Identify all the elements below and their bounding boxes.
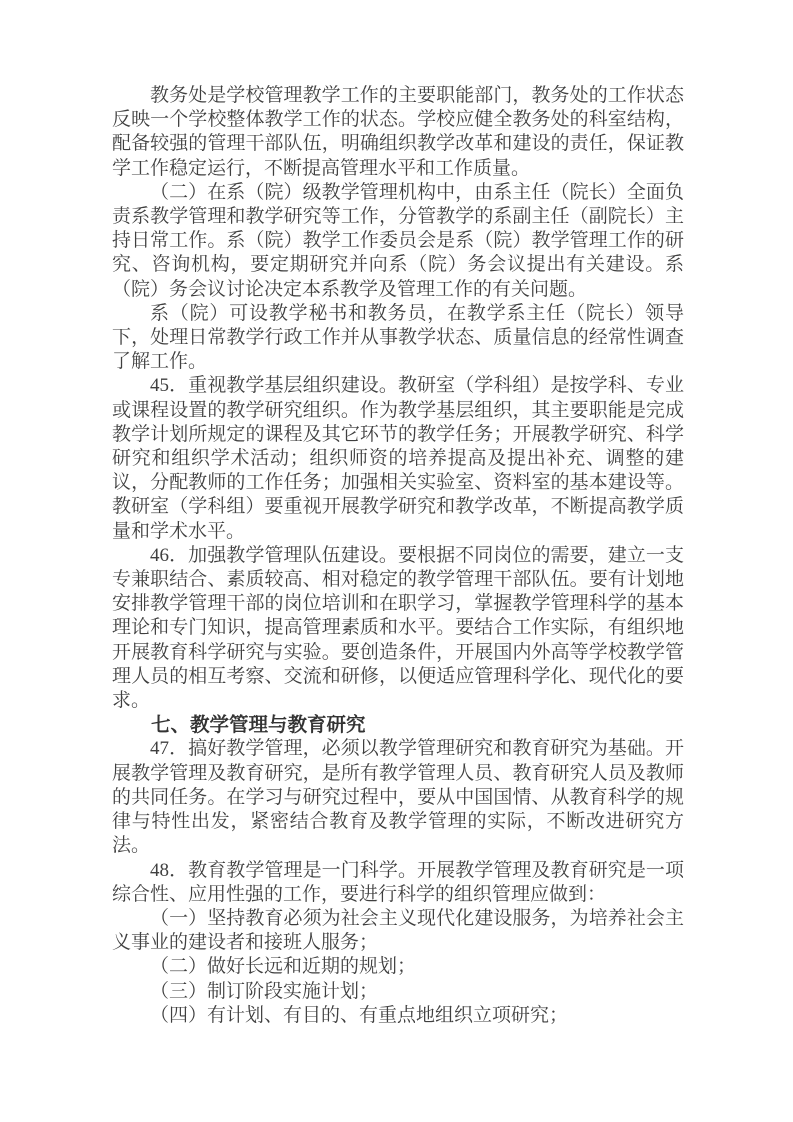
document-content: 教务处是学校管理教学工作的主要职能部门，教务处的工作状态反映一个学校整体教学工作…: [112, 84, 684, 1028]
paragraph: 45．重视教学基层组织建设。教研室（学科组）是按学科、专业或课程设置的教学研究组…: [112, 374, 684, 543]
paragraph: （一）坚持教育必须为社会主义现代化建设服务，为培养社会主义事业的建设者和接班人服…: [112, 907, 684, 955]
paragraph: 47．搞好教学管理，必须以教学管理研究和教育研究为基础。开展教学管理及教育研究，…: [112, 737, 684, 858]
paragraph: 48．教育教学管理是一门科学。开展教学管理及教育研究是一项综合性、应用性强的工作…: [112, 859, 684, 907]
paragraph: （二）在系（院）级教学管理机构中，由系主任（院长）全面负责系教学管理和教学研究等…: [112, 181, 684, 302]
paragraph: （二）做好长远和近期的规划；: [112, 955, 684, 979]
document-page: 教务处是学校管理教学工作的主要职能部门，教务处的工作状态反映一个学校整体教学工作…: [0, 0, 793, 1122]
section-heading: 七、教学管理与教育研究: [112, 713, 684, 737]
paragraph: 教务处是学校管理教学工作的主要职能部门，教务处的工作状态反映一个学校整体教学工作…: [112, 84, 684, 181]
paragraph: 46．加强教学管理队伍建设。要根据不同岗位的需要，建立一支专兼职结合、素质较高、…: [112, 544, 684, 713]
paragraph: 系（院）可设教学秘书和教务员，在教学系主任（院长）领导下，处理日常教学行政工作并…: [112, 302, 684, 375]
paragraph: （四）有计划、有目的、有重点地组织立项研究；: [112, 1004, 684, 1028]
paragraph: （三）制订阶段实施计划；: [112, 980, 684, 1004]
